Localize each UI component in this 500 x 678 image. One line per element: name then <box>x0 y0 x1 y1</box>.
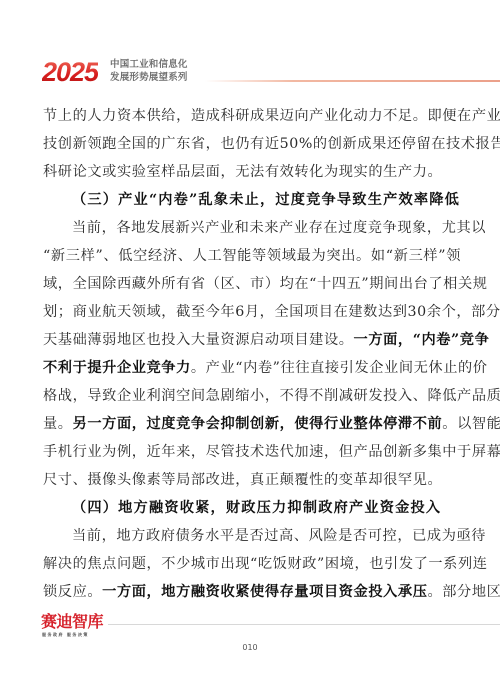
bold-text: （三）产业“内卷”乱象未止，过度竞争导致生产效率降低 <box>72 192 460 208</box>
page-header: 2025 中国工业和信息化 发展形势展望系列 <box>0 0 500 100</box>
text-run: 锁反应。 <box>43 584 102 600</box>
brand-logo: 赛迪智库 <box>41 613 103 631</box>
bold-text: （四）地方融资收紧，财政压力抑制政府产业资金投入 <box>72 500 441 516</box>
bold-text: 一方面，“内卷”竞争 <box>354 332 490 348</box>
text-run: 域，全国除西藏外所有省（区、市）均在“十四五”期间出台了相关规 <box>43 276 488 292</box>
text-run: “新三样”、低空经济、人工智能等领域最为突出。如“新三样”领 <box>43 248 461 264</box>
paragraph-last-line: 尺寸、摄像头像素等局部改进，真正颠覆性的变革却很罕见。 <box>43 466 461 494</box>
brand-slogan: 服务政府 服务决策 <box>42 632 89 637</box>
series-title: 中国工业和信息化 发展形势展望系列 <box>110 59 188 84</box>
paragraph-line: 手机行业为例，近年来，尽管技术迭代加速，但产品创新多集中于屏幕 <box>43 438 461 466</box>
paragraph-first-line: 当前，各地发展新兴产业和未来产业存在过度竞争现象，尤其以 <box>43 214 461 242</box>
text-run: 当前，各地发展新兴产业和未来产业存在过度竞争现象，尤其以 <box>72 220 486 236</box>
paragraph-line: 域，全国除西藏外所有省（区、市）均在“十四五”期间出台了相关规 <box>43 270 461 298</box>
paragraph-line: 天基础薄弱地区也投入大量资源启动项目建设。一方面，“内卷”竞争 <box>43 326 461 354</box>
paragraph-line: 节上的人力资本供给，造成科研成果迈向产业化动力不足。即便在产业科 <box>43 102 461 130</box>
section-heading: （四）地方融资收紧，财政压力抑制政府产业资金投入 <box>43 494 461 522</box>
text-run: 科研论文或实验室样品层面，无法有效转化为现实的生产力。 <box>43 164 442 180</box>
text-run: 。部分地区 <box>427 584 500 600</box>
paragraph-line: 解决的焦点问题，不少城市出现“吃饭财政”困境，也引发了一系列连 <box>43 550 461 578</box>
document-body: 节上的人力资本供给，造成科研成果迈向产业化动力不足。即便在产业科技创新领跑全国的… <box>43 102 461 606</box>
bold-text: 另一方面，过度竞争会抑制创新，使得行业整体停滞不前 <box>73 416 443 432</box>
paragraph-line: 格战，导致企业利润空间急剧缩小，不得不削减研发投入、降低产品质 <box>43 382 461 410</box>
text-run: 格战，导致企业利润空间急剧缩小，不得不削减研发投入、降低产品质 <box>43 388 500 404</box>
section-heading: （三）产业“内卷”乱象未止，过度竞争导致生产效率降低 <box>43 186 461 214</box>
paragraph-last-line: 科研论文或实验室样品层面，无法有效转化为现实的生产力。 <box>43 158 461 186</box>
text-run: 。产业“内卷”往往直接引发企业间无休止的价 <box>191 360 488 376</box>
text-run: 节上的人力资本供给，造成科研成果迈向产业化动力不足。即便在产业科 <box>43 108 500 124</box>
page-number: 010 <box>0 643 500 652</box>
footer-divider <box>108 624 500 625</box>
text-run: 划；商业航天领域，截至今年6月，全国项目在建数达到30余个，部分航 <box>43 304 500 320</box>
paragraph-line: 量。另一方面，过度竞争会抑制创新，使得行业整体停滞不前。以智能 <box>43 410 461 438</box>
paragraph-line: 不利于提升企业竞争力。产业“内卷”往往直接引发企业间无休止的价 <box>43 354 461 382</box>
text-run: 手机行业为例，近年来，尽管技术迭代加速，但产品创新多集中于屏幕 <box>43 444 500 460</box>
text-run: 技创新领跑全国的广东省，也仍有近50%的创新成果还停留在技术报告、 <box>43 136 500 152</box>
paragraph-line: 划；商业航天领域，截至今年6月，全国项目在建数达到30余个，部分航 <box>43 298 461 326</box>
paragraph-first-line: 当前，地方政府债务水平是否过高、风险是否可控，已成为亟待 <box>43 522 461 550</box>
text-run: 。以智能 <box>442 416 500 432</box>
series-year-logo: 2025 <box>42 58 98 86</box>
text-run: 当前，地方政府债务水平是否过高、风险是否可控，已成为亟待 <box>72 528 486 544</box>
text-run: 尺寸、摄像头像素等局部改进，真正颠覆性的变革却很罕见。 <box>43 472 442 488</box>
text-run: 解决的焦点问题，不少城市出现“吃饭财政”困境，也引发了一系列连 <box>43 556 488 572</box>
text-run: 量。 <box>43 416 73 432</box>
paragraph-line: 锁反应。一方面，地方融资收紧使得存量项目资金投入承压。部分地区 <box>43 578 461 606</box>
bold-text: 不利于提升企业竞争力 <box>43 360 191 376</box>
header-divider <box>205 80 500 82</box>
series-title-line2: 发展形势展望系列 <box>110 72 188 85</box>
series-title-line1: 中国工业和信息化 <box>110 59 188 72</box>
paragraph-line: 技创新领跑全国的广东省，也仍有近50%的创新成果还停留在技术报告、 <box>43 130 461 158</box>
text-run: 天基础薄弱地区也投入大量资源启动项目建设。 <box>43 332 354 348</box>
paragraph-line: “新三样”、低空经济、人工智能等领域最为突出。如“新三样”领 <box>43 242 461 270</box>
bold-text: 一方面，地方融资收紧使得存量项目资金投入承压 <box>102 584 427 600</box>
